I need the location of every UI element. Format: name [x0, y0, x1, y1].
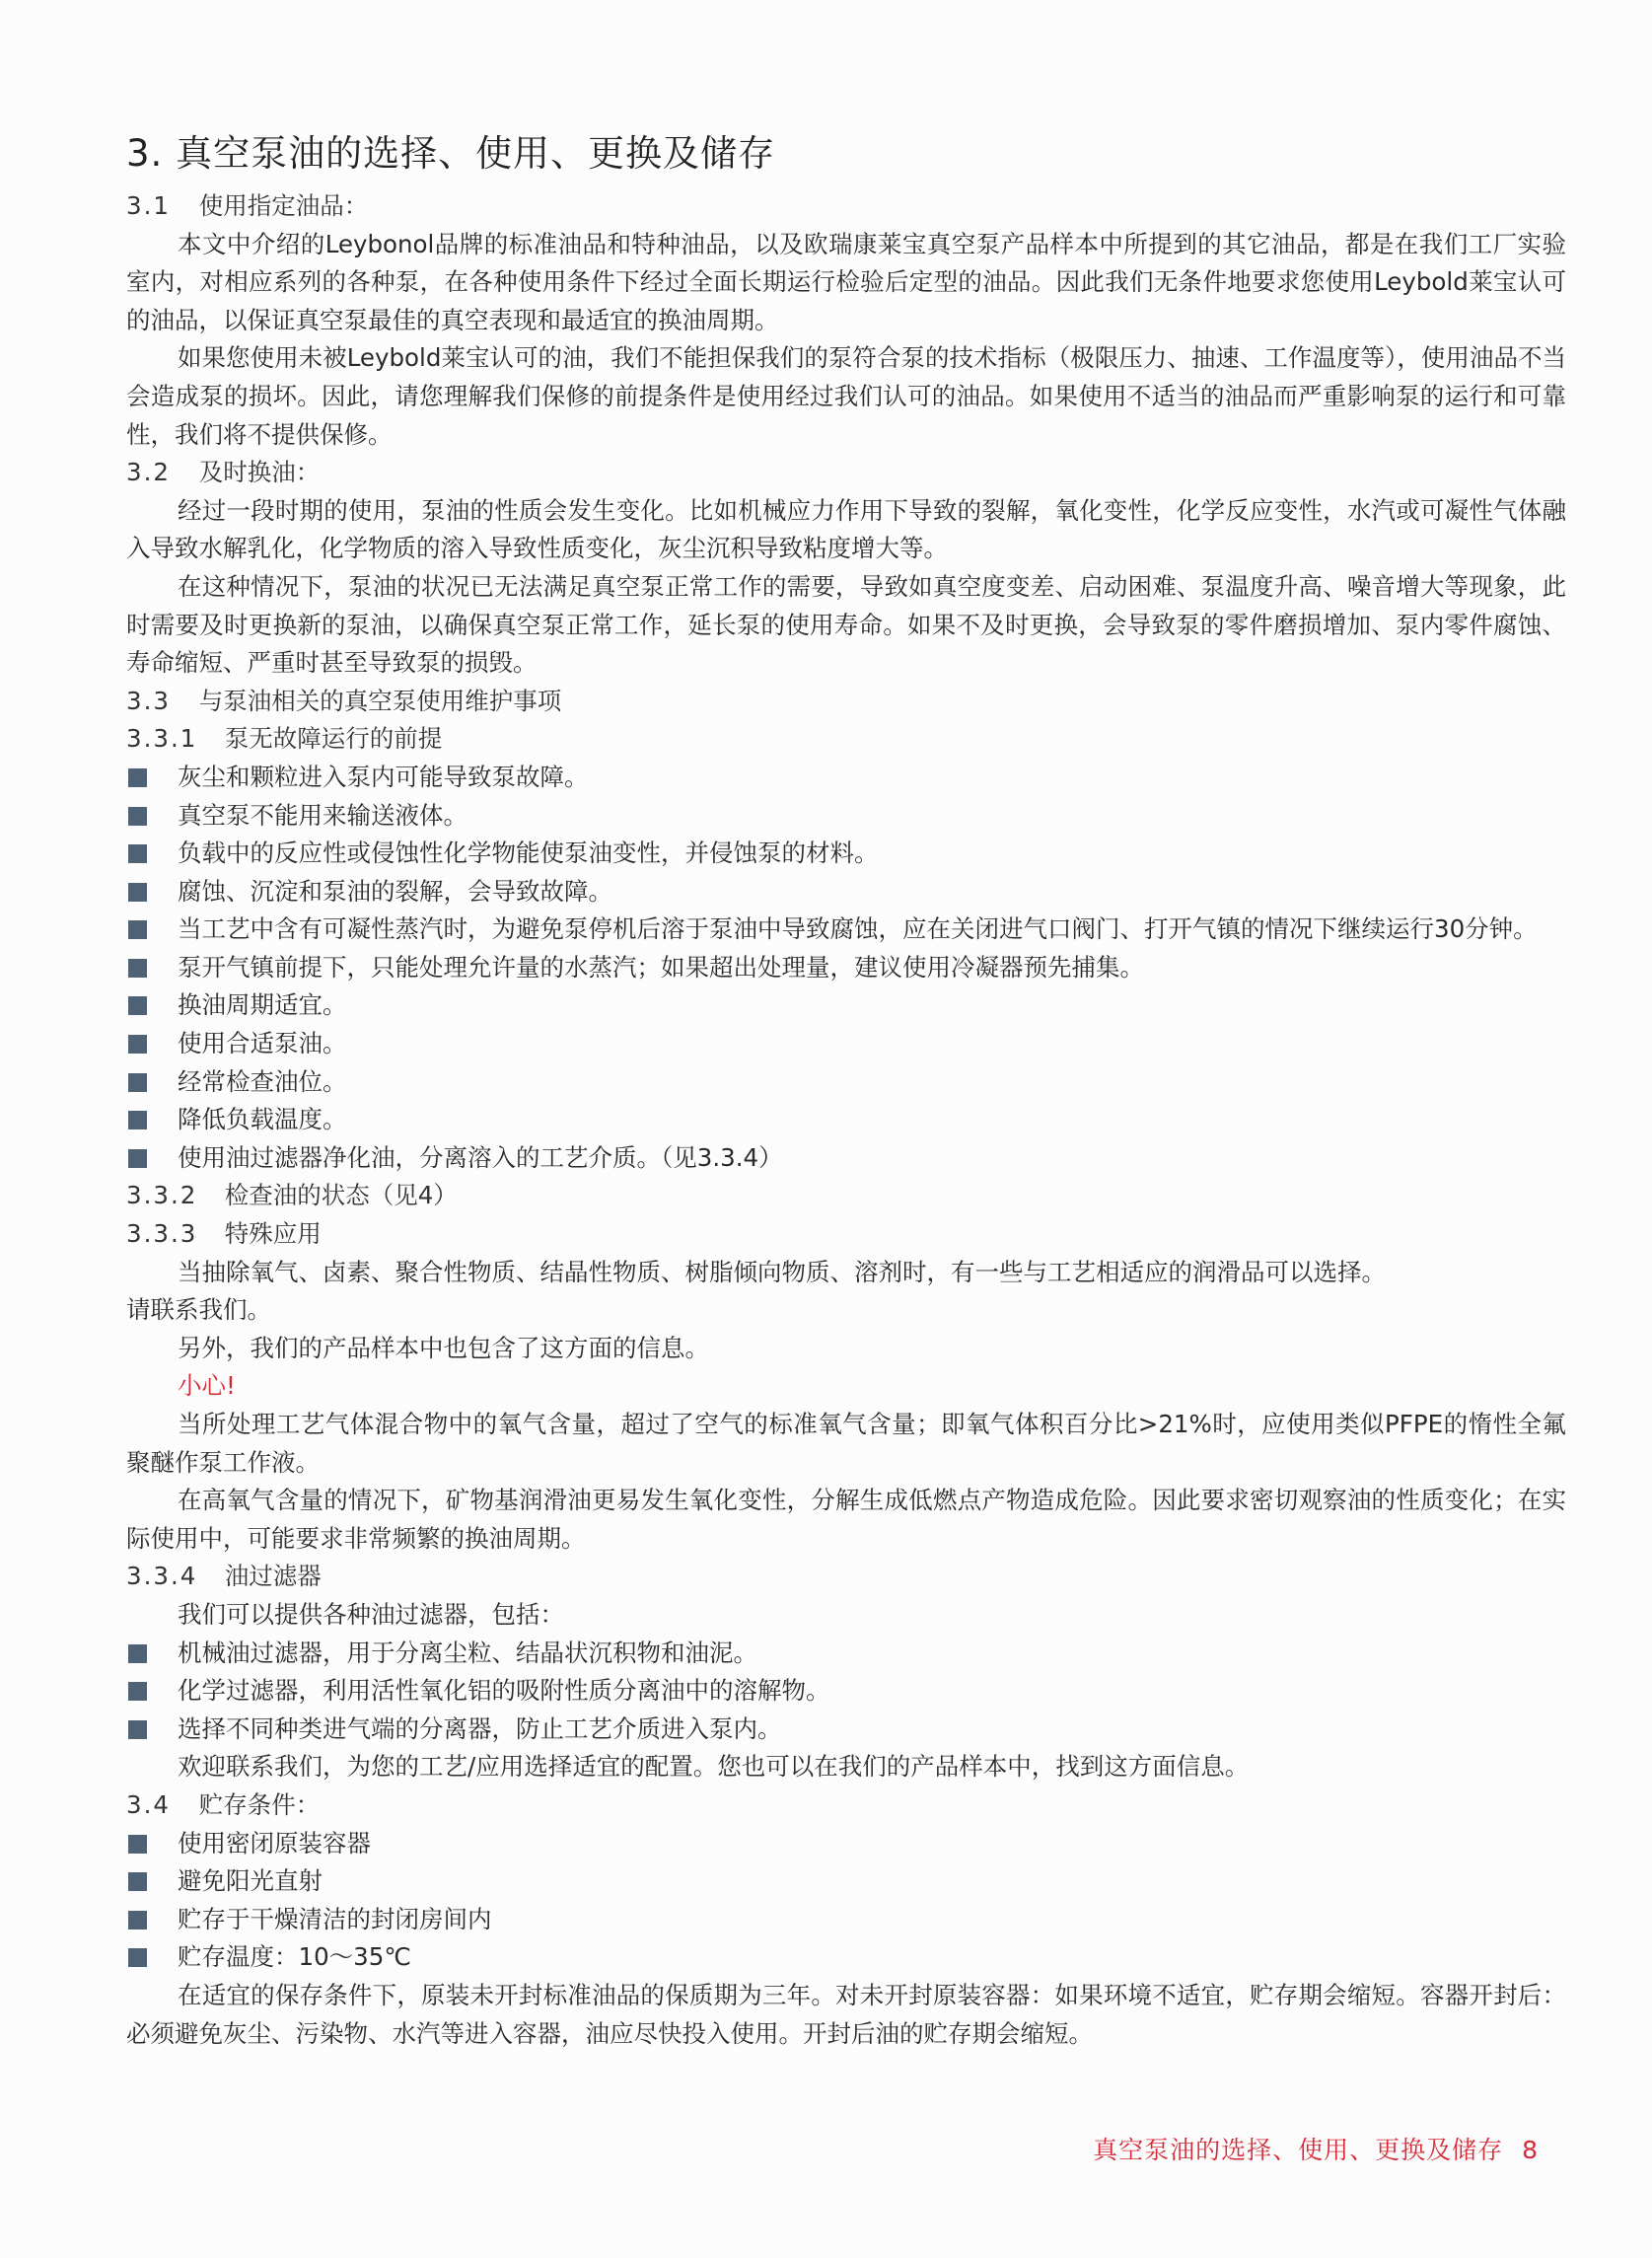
list-item: 降低负载温度。 [126, 1101, 1566, 1139]
list-item: 灰尘和颗粒进入泵内可能导致泵故障。 [126, 759, 1566, 797]
section-title: 检查油的状态（见4） [225, 1181, 458, 1209]
section-heading-3-1: 3.1 使用指定油品： [126, 187, 1566, 226]
list-item: 负载中的反应性或侵蚀性化学物能使泵油变性，并侵蚀泵的材料。 [126, 835, 1566, 873]
paragraph: 另外，我们的产品样本中也包含了这方面的信息。 [126, 1330, 1566, 1368]
section-title: 及时换油： [199, 458, 321, 486]
square-bullet-icon [128, 883, 147, 902]
section-number: 3.3 [126, 683, 191, 721]
page-number: 8 [1522, 2136, 1539, 2164]
list-item: 化学过滤器，利用活性氧化铝的吸附性质分离油中的溶解物。 [126, 1672, 1566, 1711]
list-item: 贮存于干燥清洁的封闭房间内 [126, 1901, 1566, 1939]
square-bullet-icon [128, 1911, 147, 1930]
section-title: 与泵油相关的真空泵使用维护事项 [199, 687, 562, 715]
list-item: 泵开气镇前提下，只能处理允许量的水蒸汽；如果超出处理量，建议使用冷凝器预先捕集。 [126, 949, 1566, 987]
list-item: 真空泵不能用来输送液体。 [126, 797, 1566, 836]
list-item: 经常检查油位。 [126, 1063, 1566, 1102]
square-bullet-icon [128, 920, 147, 939]
document-page: 3. 真空泵油的选择、使用、更换及储存 3.1 使用指定油品： 本文中介绍的Le… [126, 126, 1566, 2053]
paragraph: 在这种情况下，泵油的状况已无法满足真空泵正常工作的需要，导致如真空度变差、启动困… [126, 568, 1566, 683]
square-bullet-icon [128, 1720, 147, 1739]
square-bullet-icon [128, 1035, 147, 1054]
square-bullet-icon [128, 1835, 147, 1854]
section-number: 3.2 [126, 454, 191, 492]
square-bullet-icon [128, 959, 147, 978]
bullet-list-pump-prerequisites: 灰尘和颗粒进入泵内可能导致泵故障。 真空泵不能用来输送液体。 负载中的反应性或侵… [126, 759, 1566, 1178]
square-bullet-icon [128, 807, 147, 826]
square-bullet-icon [128, 1644, 147, 1663]
square-bullet-icon [128, 1073, 147, 1092]
square-bullet-icon [128, 768, 147, 787]
list-item: 贮存温度：10～35℃ [126, 1938, 1566, 1977]
list-item: 选择不同种类进气端的分离器，防止工艺介质进入泵内。 [126, 1711, 1566, 1749]
paragraph: 经过一段时期的使用，泵油的性质会发生变化。比如机械应力作用下导致的裂解，氧化变性… [126, 492, 1566, 568]
section-number: 3.4 [126, 1786, 191, 1825]
list-item: 避免阳光直射 [126, 1862, 1566, 1901]
page-footer: 真空泵油的选择、使用、更换及储存 8 [1093, 2131, 1539, 2166]
section-title: 贮存条件： [199, 1790, 321, 1819]
list-item: 机械油过滤器，用于分离尘粒、结晶状沉积物和油泥。 [126, 1635, 1566, 1673]
bullet-list-storage: 使用密闭原装容器 避免阳光直射 贮存于干燥清洁的封闭房间内 贮存温度：10～35… [126, 1825, 1566, 1977]
section-number: 3.3.2 [126, 1177, 217, 1215]
square-bullet-icon [128, 1948, 147, 1967]
section-heading-3-4: 3.4 贮存条件： [126, 1786, 1566, 1825]
section-number: 3.3.3 [126, 1215, 217, 1254]
square-bullet-icon [128, 1111, 147, 1129]
section-heading-3-3-2: 3.3.2 检查油的状态（见4） [126, 1177, 1566, 1215]
page-title: 3. 真空泵油的选择、使用、更换及储存 [126, 126, 1566, 182]
section-heading-3-2: 3.2 及时换油： [126, 454, 1566, 492]
section-title: 特殊应用 [225, 1219, 322, 1248]
paragraph: 欢迎联系我们，为您的工艺/应用选择适宜的配置。您也可以在我们的产品样本中，找到这… [126, 1748, 1566, 1786]
square-bullet-icon [128, 996, 147, 1015]
section-number: 3.3.1 [126, 720, 217, 759]
list-item: 使用密闭原装容器 [126, 1825, 1566, 1863]
list-item: 使用油过滤器净化油，分离溶入的工艺介质。（见3.3.4） [126, 1139, 1566, 1178]
caution-label: 小心! [126, 1367, 1566, 1406]
section-heading-3-3-4: 3.3.4 油过滤器 [126, 1558, 1566, 1596]
list-item: 换油周期适宜。 [126, 986, 1566, 1025]
square-bullet-icon [128, 1872, 147, 1891]
paragraph: 请联系我们。 [126, 1291, 1566, 1330]
list-item: 使用合适泵油。 [126, 1025, 1566, 1063]
paragraph: 如果您使用未被Leybold莱宝认可的油，我们不能担保我们的泵符合泵的技术指标（… [126, 339, 1566, 454]
section-heading-3-3-1: 3.3.1 泵无故障运行的前提 [126, 720, 1566, 759]
bullet-list-oil-filters: 机械油过滤器，用于分离尘粒、结晶状沉积物和油泥。 化学过滤器，利用活性氧化铝的吸… [126, 1635, 1566, 1749]
square-bullet-icon [128, 1149, 147, 1168]
paragraph: 在适宜的保存条件下，原装未开封标准油品的保质期为三年。对未开封原装容器：如果环境… [126, 1977, 1566, 2053]
section-heading-3-3: 3.3 与泵油相关的真空泵使用维护事项 [126, 683, 1566, 721]
section-number: 3.1 [126, 187, 191, 226]
footer-chapter-title: 真空泵油的选择、使用、更换及储存 [1093, 2136, 1503, 2164]
list-item: 腐蚀、沉淀和泵油的裂解，会导致故障。 [126, 873, 1566, 911]
section-title: 泵无故障运行的前提 [225, 724, 443, 753]
paragraph: 在高氧气含量的情况下，矿物基润滑油更易发生氧化变性，分解生成低燃点产物造成危险。… [126, 1482, 1566, 1558]
section-title: 油过滤器 [225, 1562, 322, 1590]
square-bullet-icon [128, 844, 147, 863]
section-number: 3.3.4 [126, 1558, 217, 1596]
paragraph: 我们可以提供各种油过滤器，包括： [126, 1596, 1566, 1635]
section-heading-3-3-3: 3.3.3 特殊应用 [126, 1215, 1566, 1254]
square-bullet-icon [128, 1682, 147, 1701]
paragraph: 当抽除氧气、卤素、聚合性物质、结晶性物质、树脂倾向物质、溶剂时，有一些与工艺相适… [126, 1254, 1566, 1292]
list-item: 当工艺中含有可凝性蒸汽时，为避免泵停机后溶于泵油中导致腐蚀，应在关闭进气口阀门、… [126, 910, 1566, 949]
section-title: 使用指定油品： [199, 191, 369, 220]
paragraph: 本文中介绍的Leybonol品牌的标准油品和特种油品，以及欧瑞康莱宝真空泵产品样… [126, 226, 1566, 340]
paragraph: 当所处理工艺气体混合物中的氧气含量，超过了空气的标准氧气含量；即氧气体积百分比>… [126, 1406, 1566, 1482]
